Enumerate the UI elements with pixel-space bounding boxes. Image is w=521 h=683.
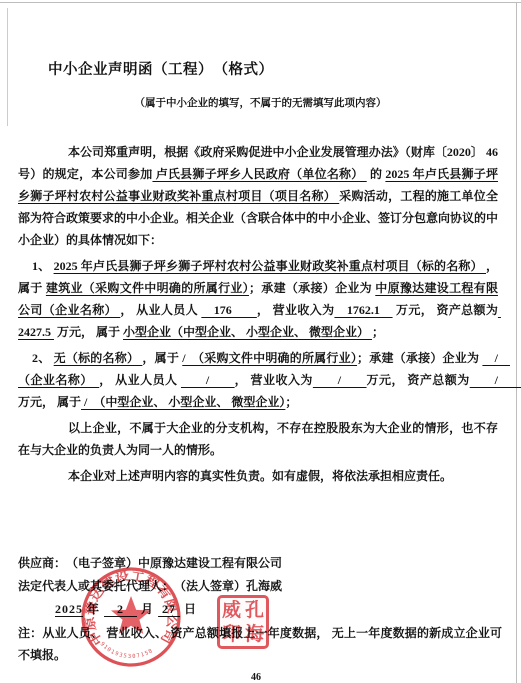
- declaration-paragraph: 本公司郑重声明，根据《政府采购促进中小企业发展管理办法》（财库〔2020〕 46…: [18, 141, 498, 251]
- document-page: 中小企业声明函（工程） （格式） （属于中小企业的填写，不属于的无需填写此项内容…: [0, 0, 521, 683]
- doc-body: 本公司郑重声明，根据《政府采购促进中小企业发展管理办法》（财库〔2020〕 46…: [18, 141, 498, 487]
- enterprise-item-1: 1、 2025 年卢氏县狮子坪乡狮子坪村农村公益事业财政奖补重点村项目（标的名称…: [18, 255, 498, 343]
- signature-block: 供应商： （电子签章）中原豫达建设工程有限公司 法定代表人或其委托代理人： （法…: [18, 552, 438, 621]
- footnote-text: 注：从业人员、 营业收入、 资产总额填报上一年度数据， 无上一年度数据的新成立企…: [18, 622, 502, 666]
- signature-date-line: 2025 年 2 月 27 日: [18, 598, 438, 621]
- page-number: 46: [251, 672, 261, 683]
- signature-representative-line: 法定代表人或其委托代理人： （法人签章）孔海威: [18, 575, 438, 598]
- doc-title: 中小企业声明函（工程） （格式）: [48, 58, 274, 79]
- signature-supplier-line: 供应商： （电子签章）中原豫达建设工程有限公司: [18, 552, 438, 575]
- responsibility-paragraph: 本企业对上述声明内容的真实性负责。如有虚假，将依法承担相应责任。: [18, 465, 498, 487]
- page-border-top: [0, 2, 521, 3]
- no-large-enterprise-paragraph: 以上企业，不属于大企业的分支机构，不存在控股股东为大企业的情形，也不存在与大企业…: [18, 417, 498, 461]
- doc-subtitle: （属于中小企业的填写，不属于的无需填写此项内容）: [0, 95, 521, 110]
- enterprise-item-2: 2、 无（标的名称） ，属于 / （采购文件中明确的所属行业）；承建（承接）企业…: [18, 347, 498, 413]
